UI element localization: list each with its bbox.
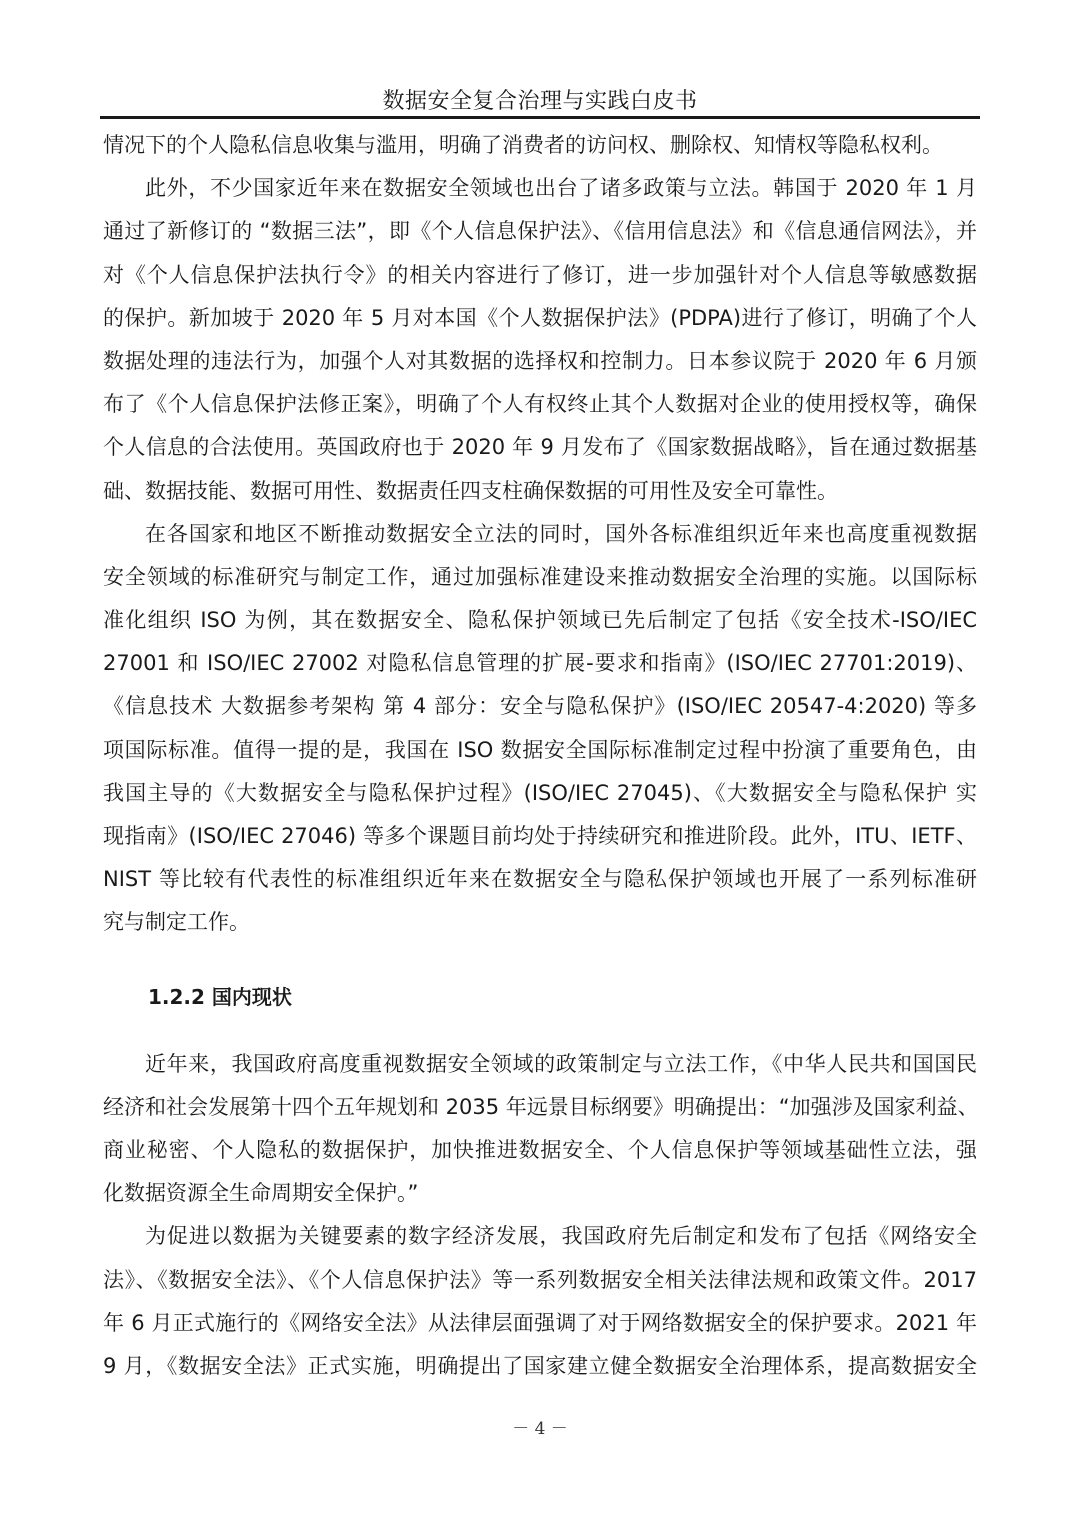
- text-line: 在各国家和地区不断推动数据安全立法的同时，国外各标准组织近年来也高度重视数据: [103, 513, 977, 556]
- text-line: 究与制定工作。: [103, 901, 977, 944]
- paragraph-international-legislation: 此外，不少国家近年来在数据安全领域也出台了诸多政策与立法。韩国于 2020 年 …: [103, 167, 977, 513]
- section-heading: 1.2.2 国内现状: [103, 976, 977, 1019]
- page-body: 情况下的个人隐私信息收集与滥用，明确了消费者的访问权、删除权、知情权等隐私权利。…: [103, 124, 977, 1388]
- text-line: 现指南》(ISO/IEC 27046) 等多个课题目前均处于持续研究和推进阶段。…: [103, 815, 977, 858]
- text-line: 《信息技术 大数据参考架构 第 4 部分：安全与隐私保护》(ISO/IEC 20…: [103, 685, 977, 728]
- text-line: 我国主导的《大数据安全与隐私保护过程》(ISO/IEC 27045)、《大数据安…: [103, 772, 977, 815]
- text-line: 9 月，《数据安全法》正式实施，明确提出了国家建立健全数据安全治理体系，提高数据…: [103, 1345, 977, 1388]
- paragraph-domestic-laws: 为促进以数据为关键要素的数字经济发展，我国政府先后制定和发布了包括《网络安全 法…: [103, 1215, 977, 1388]
- text-line: 年 6 月正式施行的《网络安全法》从法律层面强调了对于网络数据安全的保护要求。2…: [103, 1302, 977, 1345]
- header-divider: [100, 116, 980, 119]
- paragraph-international-standards: 在各国家和地区不断推动数据安全立法的同时，国外各标准组织近年来也高度重视数据 安…: [103, 513, 977, 945]
- paragraph-continued: 情况下的个人隐私信息收集与滥用，明确了消费者的访问权、删除权、知情权等隐私权利。: [103, 124, 977, 167]
- paragraph-domestic-policy: 近年来，我国政府高度重视数据安全领域的政策制定与立法工作，《中华人民共和国国民 …: [103, 1043, 977, 1216]
- text-line: 此外，不少国家近年来在数据安全领域也出台了诸多政策与立法。韩国于 2020 年 …: [103, 167, 977, 210]
- text-line: 通过了新修订的 “数据三法”，即《个人信息保护法》、《信用信息法》和《信息通信网…: [103, 210, 977, 253]
- text-line: NIST 等比较有代表性的标准组织近年来在数据安全与隐私保护领域也开展了一系列标…: [103, 858, 977, 901]
- text-line: 数据处理的违法行为，加强个人对其数据的选择权和控制力。日本参议院于 2020 年…: [103, 340, 977, 383]
- page-number: － 4 －: [0, 1414, 1080, 1439]
- text-line: 商业秘密、个人隐私的数据保护，加快推进数据安全、个人信息保护等领域基础性立法，强: [103, 1129, 977, 1172]
- text-line: 法》、《数据安全法》、《个人信息保护法》等一系列数据安全相关法律法规和政策文件。…: [103, 1259, 977, 1302]
- text-line: 安全领域的标准研究与制定工作，通过加强标准建设来推动数据安全治理的实施。以国际标: [103, 556, 977, 599]
- text-line: 经济和社会发展第十四个五年规划和 2035 年远景目标纲要》明确提出：“加强涉及…: [103, 1086, 977, 1129]
- running-header-title: 数据安全复合治理与实践白皮书: [0, 84, 1080, 115]
- text-line: 为促进以数据为关键要素的数字经济发展，我国政府先后制定和发布了包括《网络安全: [103, 1215, 977, 1258]
- text-line: 情况下的个人隐私信息收集与滥用，明确了消费者的访问权、删除权、知情权等隐私权利。: [103, 124, 977, 167]
- text-line: 础、数据技能、数据可用性、数据责任四支柱确保数据的可用性及安全可靠性。: [103, 470, 977, 513]
- text-line: 对《个人信息保护法执行令》的相关内容进行了修订，进一步加强针对个人信息等敏感数据: [103, 254, 977, 297]
- text-line: 项国际标准。值得一提的是，我国在 ISO 数据安全国际标准制定过程中扮演了重要角…: [103, 729, 977, 772]
- text-line: 近年来，我国政府高度重视数据安全领域的政策制定与立法工作，《中华人民共和国国民: [103, 1043, 977, 1086]
- text-line: 的保护。新加坡于 2020 年 5 月对本国《个人数据保护法》(PDPA)进行了…: [103, 297, 977, 340]
- text-line: 个人信息的合法使用。英国政府也于 2020 年 9 月发布了《国家数据战略》，旨…: [103, 426, 977, 469]
- text-line: 准化组织 ISO 为例，其在数据安全、隐私保护领域已先后制定了包括《安全技术-I…: [103, 599, 977, 642]
- text-line: 27001 和 ISO/IEC 27002 对隐私信息管理的扩展-要求和指南》(…: [103, 642, 977, 685]
- text-line: 布了《个人信息保护法修正案》，明确了个人有权终止其个人数据对企业的使用授权等，确…: [103, 383, 977, 426]
- text-line: 化数据资源全生命周期安全保护。”: [103, 1172, 977, 1215]
